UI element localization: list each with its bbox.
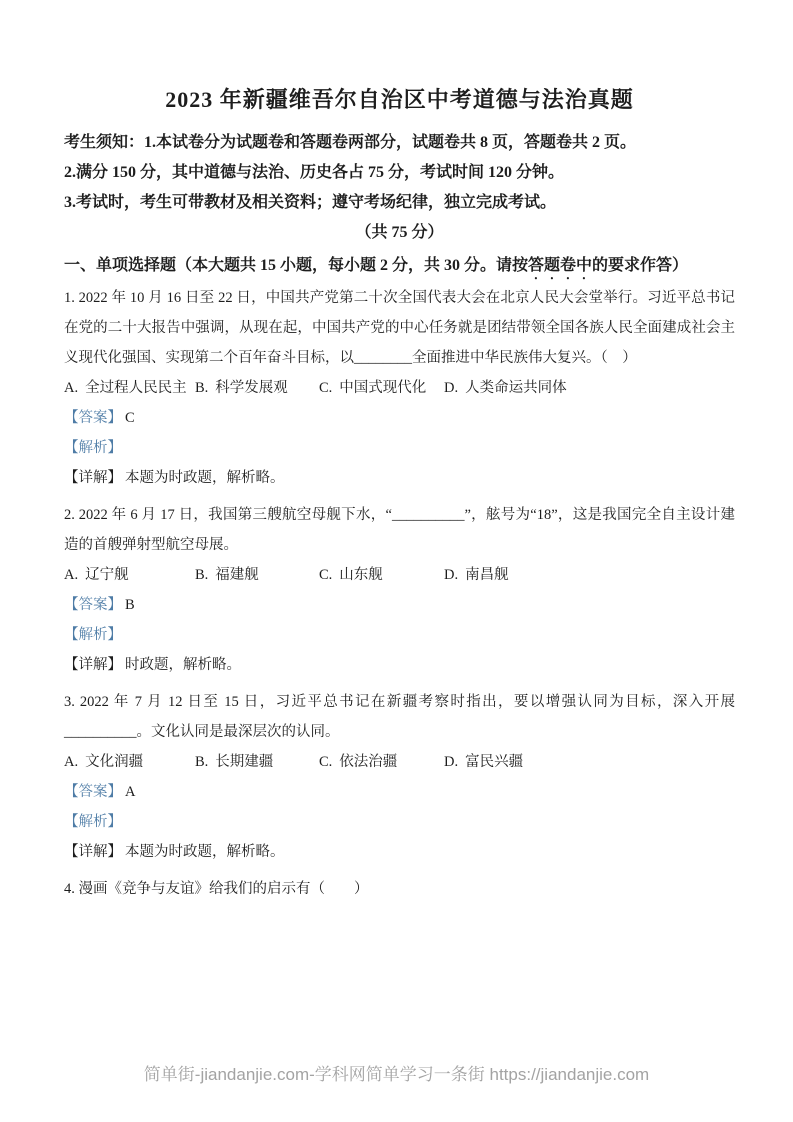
option-b: B.长期建疆 [195,747,319,777]
detail-label: 【详解】 [64,657,122,673]
notice-line-2: 2.满分 150 分，其中道德与法治、历史各占 75 分，考试时间 120 分钟… [64,158,735,188]
option-text: 山东舰 [339,567,383,583]
options-row: A.全过程人民民主 B.科学发展观 C.中国式现代化 D.人类命运共同体 [64,373,735,403]
option-label: B. [195,380,208,396]
section-heading-pre: 一、单项选择题（本大题共 15 小题，每小题 2 分，共 30 分。请按 [64,257,528,274]
option-text: 科学发展观 [215,380,288,396]
option-text: 全过程人民民主 [85,380,187,396]
option-text: 富民兴疆 [465,754,523,770]
option-d: D.南昌舰 [444,560,735,590]
option-text: 福建舰 [215,567,259,583]
option-a: A.文化润疆 [64,747,195,777]
page-title: 2023 年新疆维吾尔自治区中考道德与法治真题 [64,86,735,114]
question-stem: 3. 2022 年 7 月 12 日至 15 日，习近平总书记在新疆考察时指出，… [64,687,735,747]
answer-value: C [125,410,135,426]
options-row: A.文化润疆 B.长期建疆 C.依法治疆 D.富民兴疆 [64,747,735,777]
option-label: A. [64,754,78,770]
option-text: 南昌舰 [465,567,509,583]
answer-value: B [125,597,135,613]
option-a: A.全过程人民民主 [64,373,195,403]
section-heading: 一、单项选择题（本大题共 15 小题，每小题 2 分，共 30 分。请按答题卷中… [64,250,735,283]
option-c: C.依法治疆 [319,747,444,777]
answer-line: 【答案】B [64,590,735,620]
exam-document-page: 2023 年新疆维吾尔自治区中考道德与法治真题 考生须知：1.本试卷分为试题卷和… [0,0,793,1122]
total-score-line: （共 75 分） [64,218,735,248]
option-label: D. [444,380,458,396]
answer-value: A [125,784,135,800]
option-label: B. [195,754,208,770]
answer-line: 【答案】A [64,777,735,807]
question-stem: 2. 2022 年 6 月 17 日，我国第三艘航空母舰下水，“________… [64,500,735,560]
notice-line-3: 3.考试时，考生可带教材及相关资料；遵守考场纪律，独立完成考试。 [64,188,735,218]
detail-line: 【详解】本题为时政题，解析略。 [64,837,735,867]
option-d: D.人类命运共同体 [444,373,735,403]
section-heading-post: 的要求作答） [592,257,688,274]
option-text: 中国式现代化 [339,380,426,396]
option-c: C.山东舰 [319,560,444,590]
analysis-label: 【解析】 [64,627,122,643]
answer-label: 【答案】 [64,597,122,613]
question-3: 3. 2022 年 7 月 12 日至 15 日，习近平总书记在新疆考察时指出，… [64,687,735,867]
detail-text: 时政题，解析略。 [125,657,241,673]
notice-line-1: 考生须知：1.本试卷分为试题卷和答题卷两部分，试题卷共 8 页，答题卷共 2 页… [64,128,735,158]
answer-label: 【答案】 [64,410,122,426]
option-label: C. [319,380,332,396]
option-b: B.科学发展观 [195,373,319,403]
option-c: C.中国式现代化 [319,373,444,403]
question-stem: 1. 2022 年 10 月 16 日至 22 日，中国共产党第二十次全国代表大… [64,283,735,373]
options-row: A.辽宁舰 B.福建舰 C.山东舰 D.南昌舰 [64,560,735,590]
detail-label: 【详解】 [64,844,122,860]
option-b: B.福建舰 [195,560,319,590]
answer-line: 【答案】C [64,403,735,433]
analysis-label: 【解析】 [64,440,122,456]
option-text: 依法治疆 [339,754,397,770]
question-4: 4. 漫画《竞争与友谊》给我们的启示有（ ） [64,874,735,904]
question-1: 1. 2022 年 10 月 16 日至 22 日，中国共产党第二十次全国代表大… [64,283,735,493]
analysis-label: 【解析】 [64,814,122,830]
option-label: B. [195,567,208,583]
detail-label: 【详解】 [64,470,122,486]
section-heading-emphasized: 答题卷中 [528,257,592,274]
option-label: A. [64,380,78,396]
option-text: 辽宁舰 [85,567,129,583]
analysis-line: 【解析】 [64,620,735,650]
option-label: A. [64,567,78,583]
detail-text: 本题为时政题，解析略。 [125,470,285,486]
option-label: D. [444,754,458,770]
answer-label: 【答案】 [64,784,122,800]
option-label: D. [444,567,458,583]
detail-line: 【详解】本题为时政题，解析略。 [64,463,735,493]
document-content: 2023 年新疆维吾尔自治区中考道德与法治真题 考生须知：1.本试卷分为试题卷和… [0,0,793,904]
option-text: 长期建疆 [215,754,273,770]
option-a: A.辽宁舰 [64,560,195,590]
detail-text: 本题为时政题，解析略。 [125,844,285,860]
question-stem: 4. 漫画《竞争与友谊》给我们的启示有（ ） [64,874,735,904]
option-text: 文化润疆 [85,754,143,770]
watermark-footer: 简单街-jiandanjie.com-学科网简单学习一条街 https://ji… [0,1060,793,1085]
option-label: C. [319,567,332,583]
question-2: 2. 2022 年 6 月 17 日，我国第三艘航空母舰下水，“________… [64,500,735,680]
analysis-line: 【解析】 [64,807,735,837]
option-text: 人类命运共同体 [465,380,567,396]
option-label: C. [319,754,332,770]
detail-line: 【详解】时政题，解析略。 [64,650,735,680]
option-d: D.富民兴疆 [444,747,735,777]
analysis-line: 【解析】 [64,433,735,463]
